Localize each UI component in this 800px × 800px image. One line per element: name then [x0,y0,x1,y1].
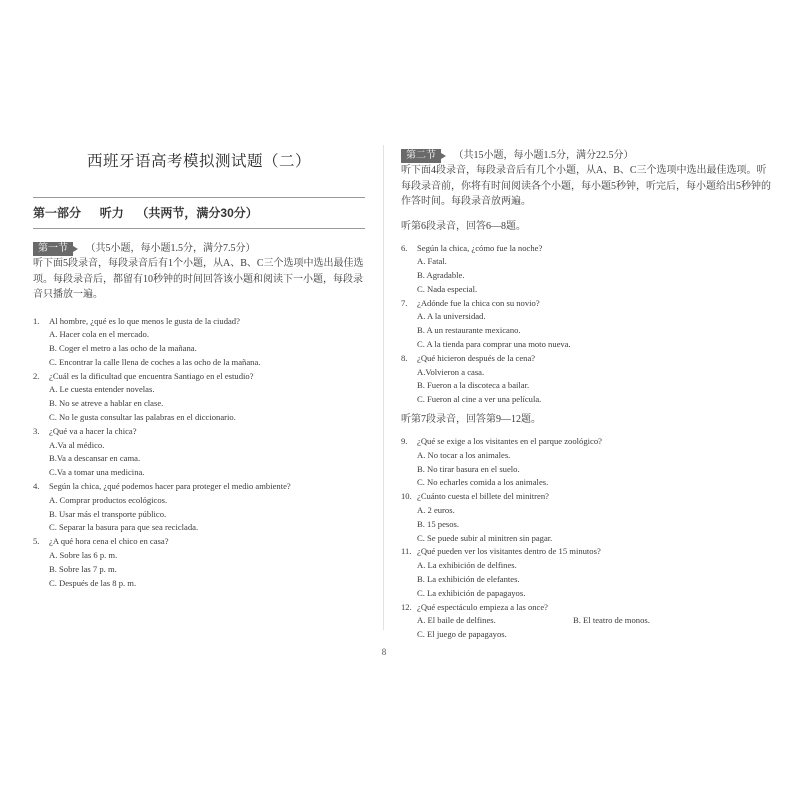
question-number: 12. [401,601,417,615]
question: 3.¿Qué va a hacer la chica? A.Va al médi… [33,425,365,480]
question-list: 6.Según la chica, ¿cómo fue la noche? A.… [401,242,771,408]
option: B. Agradable. [401,269,771,283]
option: A. Sobre las 6 p. m. [33,549,365,563]
question: 2.¿Cuál es la dificultad que encuentra S… [33,370,365,425]
question-number: 4. [33,480,49,494]
question-list: 9.¿Qué se exige a los visitantes en el p… [401,435,771,642]
exam-page: 西班牙语高考模拟测试题（二） 第一部分 听力 （共两节，满分30分） 第一节 （… [0,0,800,800]
question-number: 1. [33,315,49,329]
option: A. Le cuesta entender novelas. [33,383,365,397]
question-stem: ¿Adónde fue la chica con su novio? [417,297,540,311]
option: A. A la universidad. [401,310,771,324]
exam-title: 西班牙语高考模拟测试题（二） [33,149,365,169]
section-info: （共15小题，每小题1.5分，满分22.5分） [454,150,634,161]
question: 8.¿Qué hicieron después de la cena? A.Vo… [401,352,771,407]
question-stem: Según la chica, ¿cómo fue la noche? [417,242,542,256]
question: 10.¿Cuánto cuesta el billete del minitre… [401,490,771,545]
question-number: 3. [33,425,49,439]
question-number: 9. [401,435,417,449]
option-row: A. El baile de delfines. B. El teatro de… [401,614,771,628]
option: B. Sobre las 7 p. m. [33,563,365,577]
section-header: 第二节 （共15小题，每小题1.5分，满分22.5分） [401,148,771,163]
section-badge: 第一节 [33,242,73,256]
option: B. A un restaurante mexicano. [401,324,771,338]
section-badge: 第二节 [401,149,441,163]
option: B. No se atreve a hablar en clase. [33,397,365,411]
section-header: 第一节 （共5小题，每小题1.5分，满分7.5分） [33,241,365,256]
question-stem: ¿Qué se exige a los visitantes en el par… [417,435,602,449]
option: C. Separar la basura para que sea recicl… [33,521,365,535]
option: A. El baile de delfines. [417,614,573,628]
option: C. No le gusta consultar las palabras en… [33,411,365,425]
question: 7.¿Adónde fue la chica con su novio? A. … [401,297,771,352]
option: B. El teatro de monos. [573,614,650,628]
option: B. 15 pesos. [401,518,771,532]
part-info: （共两节，满分30分） [136,206,257,220]
option: C. No echarles comida a los animales. [401,476,771,490]
option: C. A la tienda para comprar una moto nue… [401,338,771,352]
right-column: 第二节 （共15小题，每小题1.5分，满分22.5分） 听下面4段录音，每段录音… [401,145,771,642]
question-stem: Según la chica, ¿qué podemos hacer para … [49,480,291,494]
question-stem: Al hombre, ¿qué es lo que menos le gusta… [49,315,240,329]
question: 9.¿Qué se exige a los visitantes en el p… [401,435,771,490]
question: 5.¿A qué hora cena el chico en casa? A. … [33,535,365,590]
part-name: 听力 [100,206,124,220]
question-stem: ¿A qué hora cena el chico en casa? [49,535,169,549]
group-instructions: 听第7段录音，回答第9—12题。 [401,413,771,427]
option: C. El juego de papagayos. [401,628,771,642]
question: 6.Según la chica, ¿cómo fue la noche? A.… [401,242,771,297]
page-number: 8 [380,647,388,657]
option: C. Encontrar la calle llena de coches a … [33,356,365,370]
option: C.Va a tomar una medicina. [33,466,365,480]
question-list: 1.Al hombre, ¿qué es lo que menos le gus… [33,315,365,591]
part-label: 第一部分 [33,206,81,220]
group-instructions: 听第6段录音，回答6—8题。 [401,220,771,234]
question-stem: ¿Cuál es la dificultad que encuentra San… [49,370,254,384]
question-number: 7. [401,297,417,311]
option: B. Coger el metro a las ocho de la mañan… [33,342,365,356]
question-number: 8. [401,352,417,366]
option: A.Volvieron a casa. [401,366,771,380]
option: B. No tirar basura en el suelo. [401,463,771,477]
question-stem: ¿Qué pueden ver los visitantes dentro de… [417,545,601,559]
left-column: 西班牙语高考模拟测试题（二） 第一部分 听力 （共两节，满分30分） 第一节 （… [33,145,365,590]
question-stem: ¿Qué espectáculo empieza a las once? [417,601,548,615]
option: C. La exhibición de papagayos. [401,587,771,601]
question: 1.Al hombre, ¿qué es lo que menos le gus… [33,315,365,370]
option: C. Después de las 8 p. m. [33,577,365,591]
section-instructions: 听下面5段录音，每段录音后有1个小题，从A、B、C三个选项中选出最佳选项。每段录… [33,256,365,303]
question: 11.¿Qué pueden ver los visitantes dentro… [401,545,771,600]
question-number: 2. [33,370,49,384]
question-stem: ¿Qué va a hacer la chica? [49,425,137,439]
option: B. La exhibición de elefantes. [401,573,771,587]
option: A. 2 euros. [401,504,771,518]
option: B. Usar más el transporte público. [33,508,365,522]
option: A. La exhibición de delfines. [401,559,771,573]
option: C. Se puede subir al minitren sin pagar. [401,532,771,546]
question-stem: ¿Qué hicieron después de la cena? [417,352,535,366]
question-stem: ¿Cuánto cuesta el billete del minitren? [417,490,549,504]
option: A. Comprar productos ecológicos. [33,494,365,508]
option: A. No tocar a los animales. [401,449,771,463]
column-divider [383,145,384,630]
question: 12.¿Qué espectáculo empieza a las once? … [401,601,771,642]
section-instructions: 听下面4段录音，每段录音后有几个小题，从A、B、C三个选项中选出最佳选项。听每段… [401,163,771,210]
option: B. Fueron a la discoteca a bailar. [401,379,771,393]
option: C. Fueron al cine a ver una película. [401,393,771,407]
option: A.Va al médico. [33,439,365,453]
section-info: （共5小题，每小题1.5分，满分7.5分） [86,243,256,254]
divider-line [33,228,365,229]
question-number: 5. [33,535,49,549]
question: 4.Según la chica, ¿qué podemos hacer par… [33,480,365,535]
question-number: 10. [401,490,417,504]
option: C. Nada especial. [401,283,771,297]
question-number: 6. [401,242,417,256]
option: A. Fatal. [401,255,771,269]
option: A. Hacer cola en el mercado. [33,328,365,342]
question-number: 11. [401,545,417,559]
part-heading: 第一部分 听力 （共两节，满分30分） [33,198,365,228]
option: B.Va a descansar en cama. [33,452,365,466]
